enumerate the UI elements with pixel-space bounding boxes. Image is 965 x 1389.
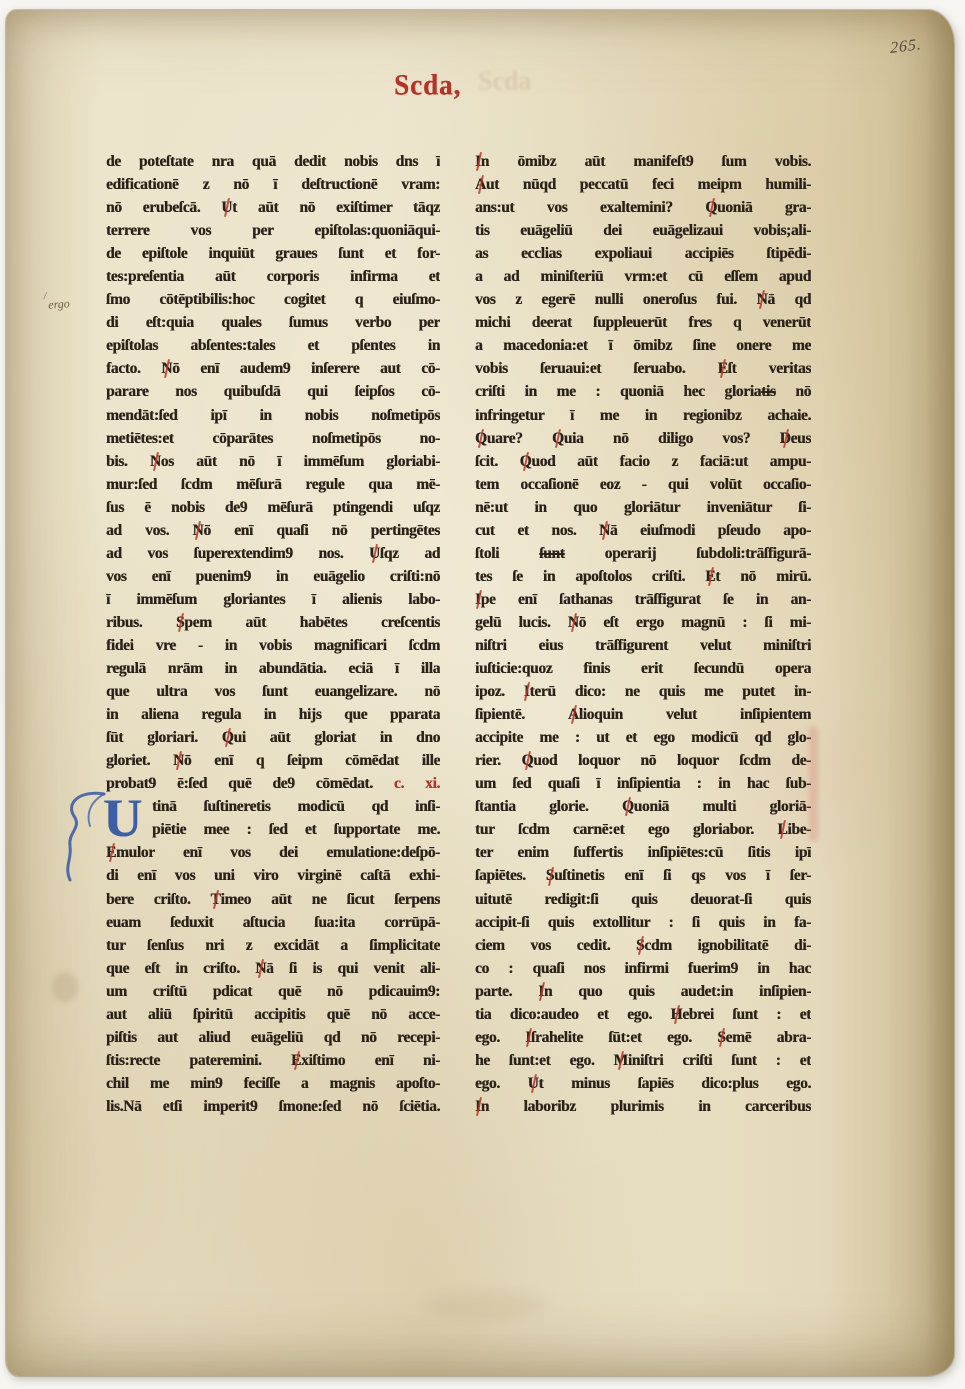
chapter-numeral: c. xi. (394, 775, 440, 792)
text-line: tia dico:audeo et ego. Hebrei ſunt : et (475, 1003, 811, 1026)
struck-text: ſunt (539, 545, 564, 562)
text-line: ſūt gloriari. Qui aūt gloriat in dno (106, 726, 440, 749)
rubricated-capital: N (193, 519, 204, 542)
text-line: he ſunt:et ego. Miniſtri criſti ſunt : e… (475, 1049, 811, 1072)
rubricated-capital: Q (552, 427, 564, 450)
text-line: tis euāgeliū dei euāgelizaui vobis;ali- (475, 219, 811, 242)
text-line: michi deerat ſuppleuerūt fres q venerūt (475, 311, 811, 334)
initial-flourish (60, 788, 108, 898)
text-line: epiſtolas abſentes:tales et pſentes in (106, 334, 440, 357)
text-line: tem occaſionē eoz - qui volūt occaſio- (475, 473, 811, 496)
rubricated-capital: D (780, 427, 791, 450)
text-line: regulā nrām in abundātia. eciā ī illa (106, 657, 440, 680)
rubricated-capital: I (538, 980, 544, 1003)
text-line: In ōmibz aūt manifeſt9 ſum vobis. (475, 150, 811, 173)
text-line: Aut nūqd peccatū feci meipm humili- (475, 173, 811, 196)
text-line: que ultra vos ſunt euangelizare. nō (106, 680, 440, 703)
text-line: ipoz. Iterū dico: ne quis me putet in- (475, 680, 811, 703)
text-line: de epiſtole inquiūt graues ſunt et for- (106, 242, 440, 265)
rubricated-capital: I (475, 588, 481, 611)
rubricated-capital: E (291, 1049, 301, 1072)
text-line: ſtoli ſunt operarij ſubdoli:trāſfigurā- (475, 542, 811, 565)
text-line: criſti in me : quoniā hec gloriatis nō (475, 380, 811, 403)
rubricated-capital: I (475, 150, 481, 173)
text-line: tinā ſuſtineretis modicū qd inſi- (106, 795, 440, 818)
page-stain (426, 1290, 546, 1320)
text-line: In laboribz plurimis in carceribus (475, 1095, 811, 1118)
text-line: vos z egerē nulli oneroſus fui. Nā qd (475, 288, 811, 311)
text-line: ad vos. Nō enī quaſi nō pertingētes (106, 519, 440, 542)
rubricated-capital: M (614, 1049, 628, 1072)
text-line: a macedonia:et ī ōmibz ſine onere me (475, 334, 811, 357)
text-line: niſtri eius trāſfigurent velut miniſtri (475, 634, 811, 657)
rubricated-capital: S (636, 934, 644, 957)
text-line: parare nos quibuſdā qui ſeipſos cō- (106, 380, 440, 403)
text-line: de poteſtate nra quā dedit nobis dns ī (106, 150, 440, 173)
text-line: tur ſenſus nri z excidāt a ſimplicitate (106, 934, 440, 957)
rubricated-capital: N (599, 519, 610, 542)
header-ghost-offset: Scda (478, 65, 531, 97)
text-line: que eſt in criſto. Nā ſi is qui venit al… (106, 957, 440, 980)
text-line: ſmo cōtēptibilis:hoc cogitet q eiuſmo- (106, 288, 440, 311)
text-line: ego. Iſrahelite ſūt:et ego. Semē abra- (475, 1026, 811, 1049)
text-line: ſcit. Quod aūt facio z faciā:ut ampu- (475, 450, 811, 473)
text-line: accipit-ſi quis extollitur : ſi quis in … (475, 911, 811, 934)
text-line: chil me min9 feciſſe a magnis apoſto- (106, 1072, 440, 1095)
text-line: iuſticie:quoz finis erit ſecundū opera (475, 657, 811, 680)
rubricated-capital: I (524, 680, 530, 703)
text-line: parte. In quo quis audet:in inſipien- (475, 980, 811, 1003)
text-line: ter enim ſuffertis inſipiētes:cū ſitis i… (475, 841, 811, 864)
rubricated-capital: N (173, 749, 184, 772)
text-line: mur:ſed ſcdm mēſurā regule qua mē- (106, 473, 440, 496)
text-line: uitutē redigit:ſi quis deuorat-ſi quis (475, 888, 811, 911)
text-line: Ipe enī ſathanas trāſfigurat ſe in an- (475, 588, 811, 611)
rubricated-capital: Q (622, 795, 634, 818)
text-line: Quare? Quia nō diligo vos? Deus (475, 427, 811, 450)
rubricated-capital: T (211, 888, 221, 911)
text-line: infringetur ī me in regionibz achaie. (475, 404, 811, 427)
text-line: piētie mee : ſed et ſupportate me. (106, 818, 440, 841)
marginal-note-text: ergo (48, 296, 70, 311)
text-line: terrere vos per epiſtolas:quoniāqui- (106, 219, 440, 242)
rubricated-capital: Q (222, 726, 234, 749)
rubricated-capital: A (475, 173, 486, 196)
text-line: nō erubeſcā. Ut aūt nō exiſtimer tāqz (106, 196, 440, 219)
text-line: vobis ſeruaui:et ſeruabo. Eſt veritas (475, 357, 811, 380)
text-line: ſus ē nobis de9 mēſurā ptingendi uſqz (106, 496, 440, 519)
text-line: ribus. Spem aūt habētes creſcentis (106, 611, 440, 634)
rubricated-capital: S (546, 864, 554, 887)
rubricated-capital: H (671, 1003, 683, 1026)
text-line: rier. Quod loquor nō loquor ſcdm de- (475, 749, 811, 772)
rubricated-capital: S (717, 1026, 725, 1049)
rubricated-capital: N (255, 957, 266, 980)
rubricated-capital: E (718, 357, 728, 380)
text-line: ans:ut vos exaltemini? Quoniā gra- (475, 196, 811, 219)
text-line: metiētes:et cōparātes noſmetipōs no- (106, 427, 440, 450)
text-line: a ad miniſteriū vrm:et cū eſſem apud (475, 265, 811, 288)
text-line: Emulor enī vos dei emulatione:deſpō- (106, 841, 440, 864)
text-line: di enī vos uni viro virginē caſtā exhi- (106, 864, 440, 887)
text-line: tes:preſentia aūt corporis infirma et (106, 265, 440, 288)
rubricated-capital: A (568, 703, 579, 726)
rubricated-capital: I (525, 1026, 531, 1049)
rubricated-capital: Q (705, 196, 717, 219)
text-line: in aliena regula in hijs que pparata (106, 703, 440, 726)
text-line: gloriet. Nō enī q ſeipm cōmēdat ille (106, 749, 440, 772)
text-line: bis. Nos aūt nō ī immēſum gloriabi- (106, 450, 440, 473)
text-line: euam ſeduxit aſtucia ſua:ita corrūpā- (106, 911, 440, 934)
rubricated-capital: U (528, 1072, 539, 1095)
margin-stain (809, 726, 818, 842)
rubricated-capital: Q (521, 749, 533, 772)
text-line: facto. Nō enī audem9 inſerere aut cō- (106, 357, 440, 380)
rubricated-capital: U (221, 196, 232, 219)
text-line: ſipientē. Alioquin velut inſipientem (475, 703, 811, 726)
rubricated-capital: U (369, 542, 380, 565)
manuscript-photo: Scda Scda, 265. / ergo de poteſtate nra … (0, 0, 965, 1389)
folio-number: 265. (890, 36, 922, 58)
text-line: ego. Ut minus ſapiēs dico:plus ego. (475, 1072, 811, 1095)
text-line: ciem vos cedit. Scdm ignobilitatē di- (475, 934, 811, 957)
text-line: cut et nos. Nā eiuſmodi pſeudo apo- (475, 519, 811, 542)
parchment-leaf: Scda Scda, 265. / ergo de poteſtate nra … (6, 10, 954, 1376)
text-line: nē:ut in quo gloriātur inveniātur ſi- (475, 496, 811, 519)
running-header: Scda, (394, 69, 461, 102)
rubricated-capital: Q (475, 427, 487, 450)
text-line: gelū lucis. Nō eſt ergo magnū : ſi mi- (475, 611, 811, 634)
text-line: bere criſto. Timeo aūt ne ſicut ſerpens (106, 888, 440, 911)
rubricated-capital: N (568, 611, 579, 634)
text-line: ī immēſum gloriantes ī alienis labo- (106, 588, 440, 611)
text-column-left: de poteſtate nra quā dedit nobis dns īed… (106, 150, 440, 1118)
rubricated-capital: N (150, 450, 161, 473)
rubricated-capital: S (176, 611, 184, 634)
text-line: mendāt:ſed ipī in nobis noſmetipōs (106, 404, 440, 427)
rubricated-capital: Q (520, 450, 532, 473)
text-line: as ecclias expoliaui accipiēs ſtipēdi- (475, 242, 811, 265)
text-line: ſapiētes. Suſtinetis enī ſi qs vos ī ſer… (475, 864, 811, 887)
text-line: accipite me : ut et ego modicū qd glo- (475, 726, 811, 749)
text-line: di eſt:quia quales ſumus verbo per (106, 311, 440, 334)
text-line: um ſed quaſi ī inſipientia : in hac ſub- (475, 772, 811, 795)
text-line: fidei vre - in vobis magnificari ſcdm (106, 634, 440, 657)
rubricated-capital: E (705, 565, 715, 588)
text-line: tur ſcdm carnē:et ego gloriabor. Libe- (475, 818, 811, 841)
struck-text: tis (761, 383, 775, 400)
text-line: probat9 ē:ſed quē de9 cōmēdat. c. xi. (106, 772, 440, 795)
text-line: tes ſe in apoſtolos criſti. Et nō mirū. (475, 565, 811, 588)
text-line: co : quaſi nos infirmi fuerim9 in hac (475, 957, 811, 980)
text-line: lis.Nā etſi imperit9 ſmone:ſed nō ſciēti… (106, 1095, 440, 1118)
text-line: piſtis aut aliud euāgeliū qd nō recepi- (106, 1026, 440, 1049)
text-column-right: In ōmibz aūt manifeſt9 ſum vobis.Aut nūq… (475, 150, 811, 1118)
rubricated-capital: N (757, 288, 768, 311)
text-line: vos enī puenim9 in euāgelio criſti:nō (106, 565, 440, 588)
text-line: edificationē z nō ī deſtructionē vram: (106, 173, 440, 196)
text-line: ſtantia glorie. Quoniā multi gloriā- (475, 795, 811, 818)
text-line: aut aliū ſpiritū accipitis quē nō acce- (106, 1003, 440, 1026)
text-line: um criſtū pdicat quē nō pdicauim9: (106, 980, 440, 1003)
text-line: ad vos ſuperextendim9 nos. Uſqz ad (106, 542, 440, 565)
chapter-initial: U (103, 793, 142, 843)
rubricated-capital: N (161, 357, 172, 380)
rubricated-capital: I (475, 1095, 481, 1118)
margin-stain (52, 972, 78, 1002)
marginal-note: / ergo (47, 289, 70, 312)
rubricated-capital: L (777, 818, 787, 841)
text-line: ſtis:recte pateremini. Exiſtimo enī ni- (106, 1049, 440, 1072)
